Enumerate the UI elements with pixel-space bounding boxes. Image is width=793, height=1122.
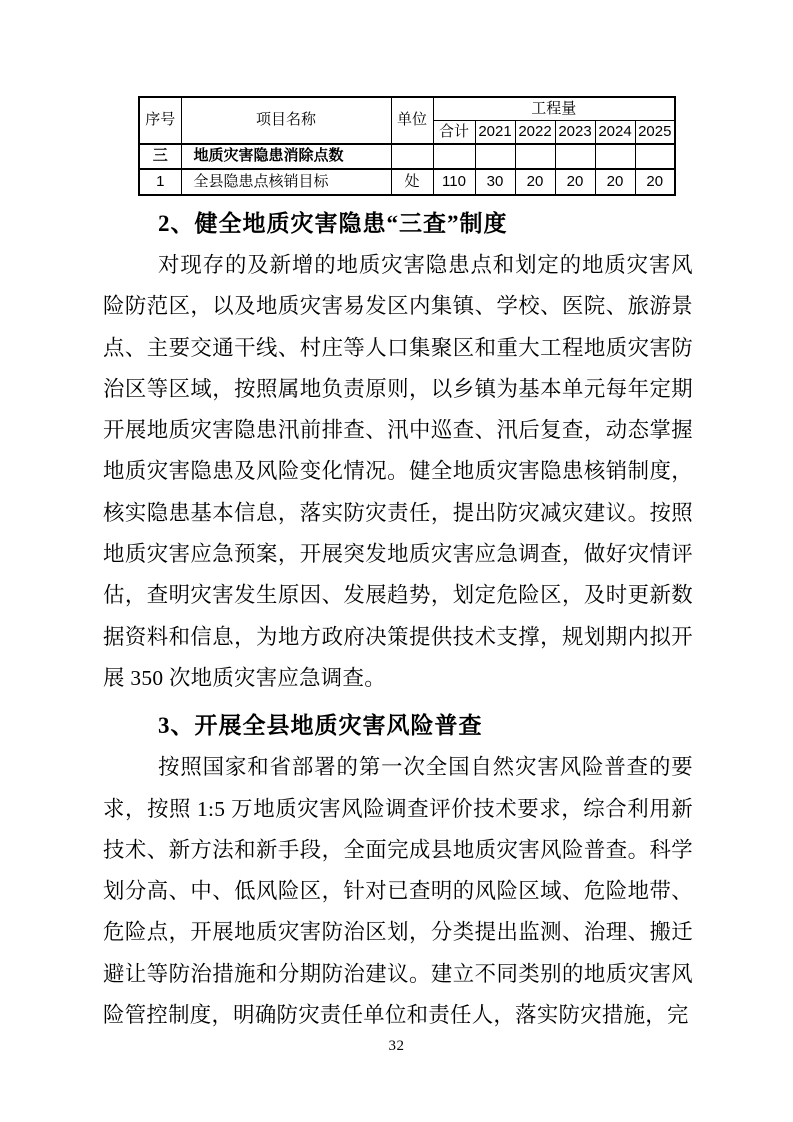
table-cell-name: 地质灾害隐患消除点数 [181,144,391,169]
table-cell-index: 1 [139,169,181,195]
table-row-section: 三 地质灾害隐患消除点数 [139,144,675,169]
table-cell-value: 20 [555,169,595,195]
table-header-unit: 单位 [391,97,433,144]
section-heading-2: 2、健全地质灾害隐患“三查”制度 [103,203,693,245]
section-paragraph-3: 按照国家和省部署的第一次全国自然灾害风险普查的要求，按照 1:5 万地质灾害风险… [103,747,693,1036]
table-cell-value [475,144,515,169]
table-cell-value [635,144,675,169]
table-header-row-1: 序号 项目名称 单位 工程量 [139,97,675,120]
table-cell-name: 全县隐患点核销目标 [181,169,391,195]
table-row-data: 1 全县隐患点核销目标 处 110 30 20 20 20 20 [139,169,675,195]
page-number: 32 [0,1038,793,1055]
document-page: 序号 项目名称 单位 工程量 合计 2021 2022 2023 2024 20… [0,0,793,1122]
table-header-year-2022: 2022 [515,120,555,144]
table-header-name: 项目名称 [181,97,391,144]
table-cell-value: 20 [595,169,635,195]
document-body: 2、健全地质灾害隐患“三查”制度 对现存的及新增的地质灾害隐患点和划定的地质灾害… [103,203,693,1036]
table-cell-value [515,144,555,169]
table-cell-value [555,144,595,169]
project-table: 序号 项目名称 单位 工程量 合计 2021 2022 2023 2024 20… [138,96,676,196]
table-cell-value: 20 [635,169,675,195]
table-header-total: 合计 [433,120,475,144]
table-cell-value: 30 [475,169,515,195]
table-header-year-2023: 2023 [555,120,595,144]
table-header-year-2021: 2021 [475,120,515,144]
table-header-year-2025: 2025 [635,120,675,144]
section-paragraph-2: 对现存的及新增的地质灾害隐患点和划定的地质灾害风险防范区，以及地质灾害易发区内集… [103,245,693,699]
table-cell-value: 110 [433,169,475,195]
table-cell-value [433,144,475,169]
table-header-year-2024: 2024 [595,120,635,144]
table-header-quantity-group: 工程量 [433,97,675,120]
table-cell-value: 20 [515,169,555,195]
table-cell-unit [391,144,433,169]
table-cell-value [595,144,635,169]
table-cell-index: 三 [139,144,181,169]
table-header-index: 序号 [139,97,181,144]
section-heading-3: 3、开展全县地质灾害风险普查 [103,705,693,747]
table-cell-unit: 处 [391,169,433,195]
